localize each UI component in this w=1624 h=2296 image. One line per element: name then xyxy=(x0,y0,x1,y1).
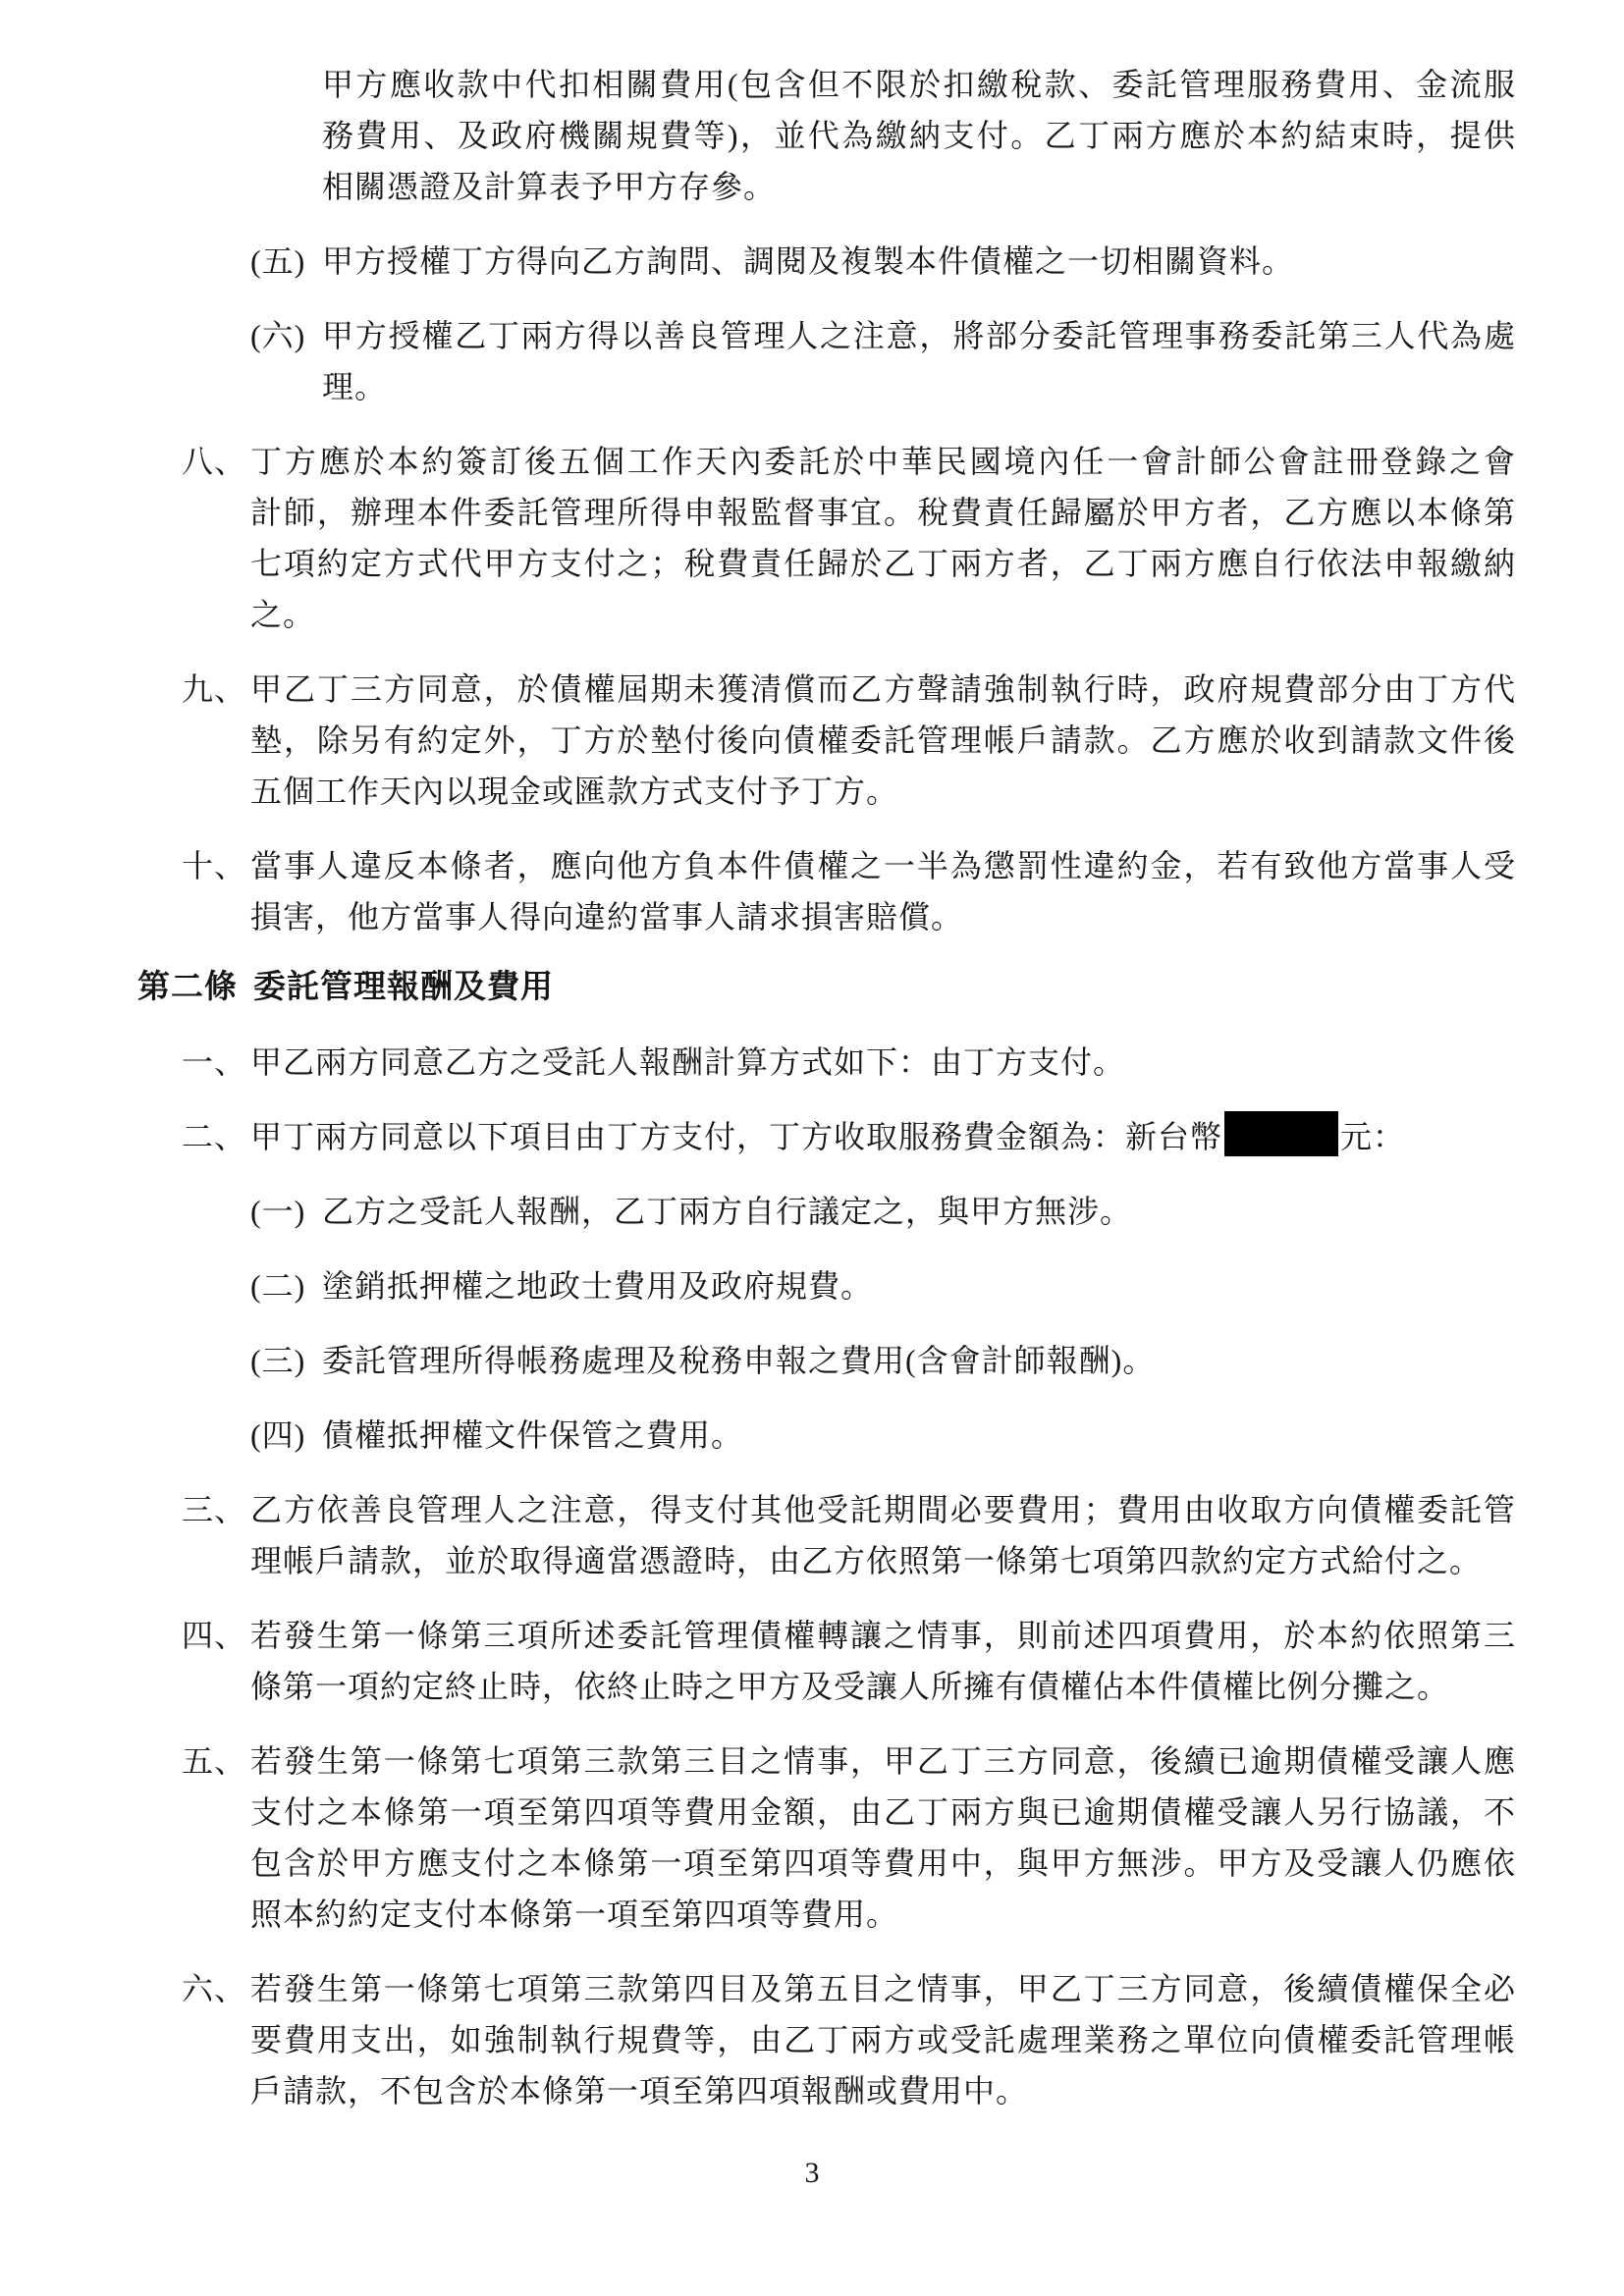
text-after-redaction: 元： xyxy=(1340,1119,1405,1154)
text-line: 計師，辦理本件委託管理所得申報監督事宜。稅費責任歸屬於甲方者，乙方應以本條第 xyxy=(250,487,1516,538)
text-line: 條第一項約定終止時，依終止時之甲方及受讓人所擁有債權佔本件債權比例分攤之。 xyxy=(250,1661,1516,1712)
text-line: 甲方應收款中代扣相關費用(包含但不限於扣繳稅款、委託管理服務費用、金流服 xyxy=(322,59,1516,110)
document-page: 甲方應收款中代扣相關費用(包含但不限於扣繳稅款、委託管理服務費用、金流服 務費用… xyxy=(0,0,1624,2296)
item-marker: 五、 xyxy=(182,1735,246,1787)
text-line: 當事人違反本條者，應向他方負本件債權之一半為懲罰性違約金，若有致他方當事人受 xyxy=(250,840,1516,891)
clause-number: 第二條 xyxy=(137,970,238,1005)
item-marker: (三) xyxy=(250,1335,305,1386)
clause2-item-3: 三、 乙方依善良管理人之注意，得支付其他受託期間必要費用；費用由收取方向債權委託… xyxy=(137,1484,1516,1586)
item-marker: (一) xyxy=(250,1186,305,1237)
clause2-item-6: 六、 若發生第一條第七項第三款第四目及第五目之情事，甲乙丁三方同意，後續債權保全… xyxy=(137,1963,1516,2116)
text-line: 甲乙丁三方同意，於債權屆期未獲清償而乙方聲請強制執行時，政府規費部分由丁方代 xyxy=(250,664,1516,715)
item-marker: (二) xyxy=(250,1260,305,1311)
text-line: 若發生第一條第七項第三款第三目之情事，甲乙丁三方同意，後續已逾期債權受讓人應 xyxy=(250,1735,1516,1787)
clause2-heading: 第二條委託管理報酬及費用 xyxy=(137,962,1516,1013)
clause-title: 委託管理報酬及費用 xyxy=(253,970,554,1005)
text-line: 相關憑證及計算表予甲方存參。 xyxy=(322,161,1516,212)
item-marker: (六) xyxy=(250,310,305,361)
item-marker: 一、 xyxy=(182,1037,246,1088)
text-line: 塗銷抵押權之地政士費用及政府規費。 xyxy=(322,1260,1516,1311)
text-line: 戶請款，不包含於本條第一項至第四項報酬或費用中。 xyxy=(250,2065,1516,2116)
item-marker: (五) xyxy=(250,236,305,287)
clause1-subitem-6: (六) 甲方授權乙丁兩方得以善良管理人之注意，將部分委託管理事務委託第三人代為處… xyxy=(137,310,1516,412)
text-line: 務費用、及政府機關規費等)，並代為繳納支付。乙丁兩方應於本約結束時，提供 xyxy=(322,110,1516,161)
item-marker: 十、 xyxy=(182,840,246,891)
text-line: 乙方依善良管理人之注意，得支付其他受託期間必要費用；費用由收取方向債權委託管 xyxy=(250,1484,1516,1535)
item-marker: 八、 xyxy=(182,436,246,487)
text-line: 丁方應於本約簽訂後五個工作天內委託於中華民國境內任一會計師公會註冊登錄之會 xyxy=(250,436,1516,487)
text-line: 委託管理所得帳務處理及稅務申報之費用(含會計師報酬)。 xyxy=(322,1335,1516,1386)
text-line: 五個工作天內以現金或匯款方式支付予丁方。 xyxy=(250,766,1516,817)
text-line: 甲方授權乙丁兩方得以善良管理人之注意，將部分委託管理事務委託第三人代為處 xyxy=(322,310,1516,361)
clause2-subitem-4: (四) 債權抵押權文件保管之費用。 xyxy=(137,1410,1516,1461)
item-marker: 六、 xyxy=(182,1963,246,2014)
text-line: 乙方之受託人報酬，乙丁兩方自行議定之，與甲方無涉。 xyxy=(322,1186,1516,1237)
clause1-item-8: 八、 丁方應於本約簽訂後五個工作天內委託於中華民國境內任一會計師公會註冊登錄之會… xyxy=(137,436,1516,640)
clause2-item-4: 四、 若發生第一條第三項所述委託管理債權轉讓之情事，則前述四項費用，於本約依照第… xyxy=(137,1610,1516,1712)
clause1-item-10: 十、 當事人違反本條者，應向他方負本件債權之一半為懲罰性違約金，若有致他方當事人… xyxy=(137,840,1516,942)
contract-page-content: 甲方應收款中代扣相關費用(包含但不限於扣繳稅款、委託管理服務費用、金流服 務費用… xyxy=(137,39,1516,2116)
text-line: 理帳戶請款，並於取得適當憑證時，由乙方依照第一條第七項第四款約定方式給付之。 xyxy=(250,1535,1516,1586)
item-marker: 二、 xyxy=(182,1111,246,1162)
item-marker: 九、 xyxy=(182,664,246,715)
text-line: 理。 xyxy=(322,361,1516,412)
clause2-subitem-1: (一) 乙方之受託人報酬，乙丁兩方自行議定之，與甲方無涉。 xyxy=(137,1186,1516,1237)
item-marker: 三、 xyxy=(182,1484,246,1535)
clause1-subitem-5: (五) 甲方授權丁方得向乙方詢問、調閱及複製本件債權之一切相關資料。 xyxy=(137,236,1516,287)
text-line: 之。 xyxy=(250,589,1516,640)
item-marker: (四) xyxy=(250,1410,305,1461)
text-line: 甲乙兩方同意乙方之受託人報酬計算方式如下：由丁方支付。 xyxy=(250,1037,1516,1088)
text-line: 債權抵押權文件保管之費用。 xyxy=(322,1410,1516,1461)
clause2-item-1: 一、 甲乙兩方同意乙方之受託人報酬計算方式如下：由丁方支付。 xyxy=(137,1037,1516,1088)
text-line: 墊，除另有約定外，丁方於墊付後向債權委託管理帳戶請款。乙方應於收到請款文件後 xyxy=(250,715,1516,766)
text-line: 損害，他方當事人得向違約當事人請求損害賠償。 xyxy=(250,891,1516,942)
clause2-item-5: 五、 若發生第一條第七項第三款第三目之情事，甲乙丁三方同意，後續已逾期債權受讓人… xyxy=(137,1735,1516,1940)
text-line: 照本約約定支付本條第一項至第四項等費用。 xyxy=(250,1889,1516,1940)
clause1-continuation-paragraph: 甲方應收款中代扣相關費用(包含但不限於扣繳稅款、委託管理服務費用、金流服 務費用… xyxy=(137,59,1516,212)
text-line: 七項約定方式代甲方支付之；稅費責任歸於乙丁兩方者，乙丁兩方應自行依法申報繳納 xyxy=(250,538,1516,589)
clause2-item-2: 二、 甲丁兩方同意以下項目由丁方支付，丁方收取服務費金額為：新台幣元： xyxy=(137,1111,1516,1162)
page-number: 3 xyxy=(0,2156,1624,2191)
text-line: 若發生第一條第三項所述委託管理債權轉讓之情事，則前述四項費用，於本約依照第三 xyxy=(250,1610,1516,1661)
clause2-subitem-2: (二) 塗銷抵押權之地政士費用及政府規費。 xyxy=(137,1260,1516,1311)
text-line: 若發生第一條第七項第三款第四目及第五目之情事，甲乙丁三方同意，後續債權保全必 xyxy=(250,1963,1516,2014)
text-line: 支付之本條第一項至第四項等費用金額，由乙丁兩方與已逾期債權受讓人另行協議，不 xyxy=(250,1787,1516,1838)
text-line: 要費用支出，如強制執行規費等，由乙丁兩方或受託處理業務之單位向債權委託管理帳 xyxy=(250,2014,1516,2065)
text-line: 甲方授權丁方得向乙方詢問、調閱及複製本件債權之一切相關資料。 xyxy=(322,236,1516,287)
redaction-box xyxy=(1224,1111,1338,1156)
clause1-item-9: 九、 甲乙丁三方同意，於債權屆期未獲清償而乙方聲請強制執行時，政府規費部分由丁方… xyxy=(137,664,1516,817)
item-marker: 四、 xyxy=(182,1610,246,1661)
clause2-subitem-3: (三) 委託管理所得帳務處理及稅務申報之費用(含會計師報酬)。 xyxy=(137,1335,1516,1386)
text-before-redaction: 甲丁兩方同意以下項目由丁方支付，丁方收取服務費金額為：新台幣 xyxy=(250,1119,1222,1154)
text-line: 包含於甲方應支付之本條第一項至第四項等費用中，與甲方無涉。甲方及受讓人仍應依 xyxy=(250,1838,1516,1889)
text-line: 甲丁兩方同意以下項目由丁方支付，丁方收取服務費金額為：新台幣元： xyxy=(250,1111,1516,1162)
